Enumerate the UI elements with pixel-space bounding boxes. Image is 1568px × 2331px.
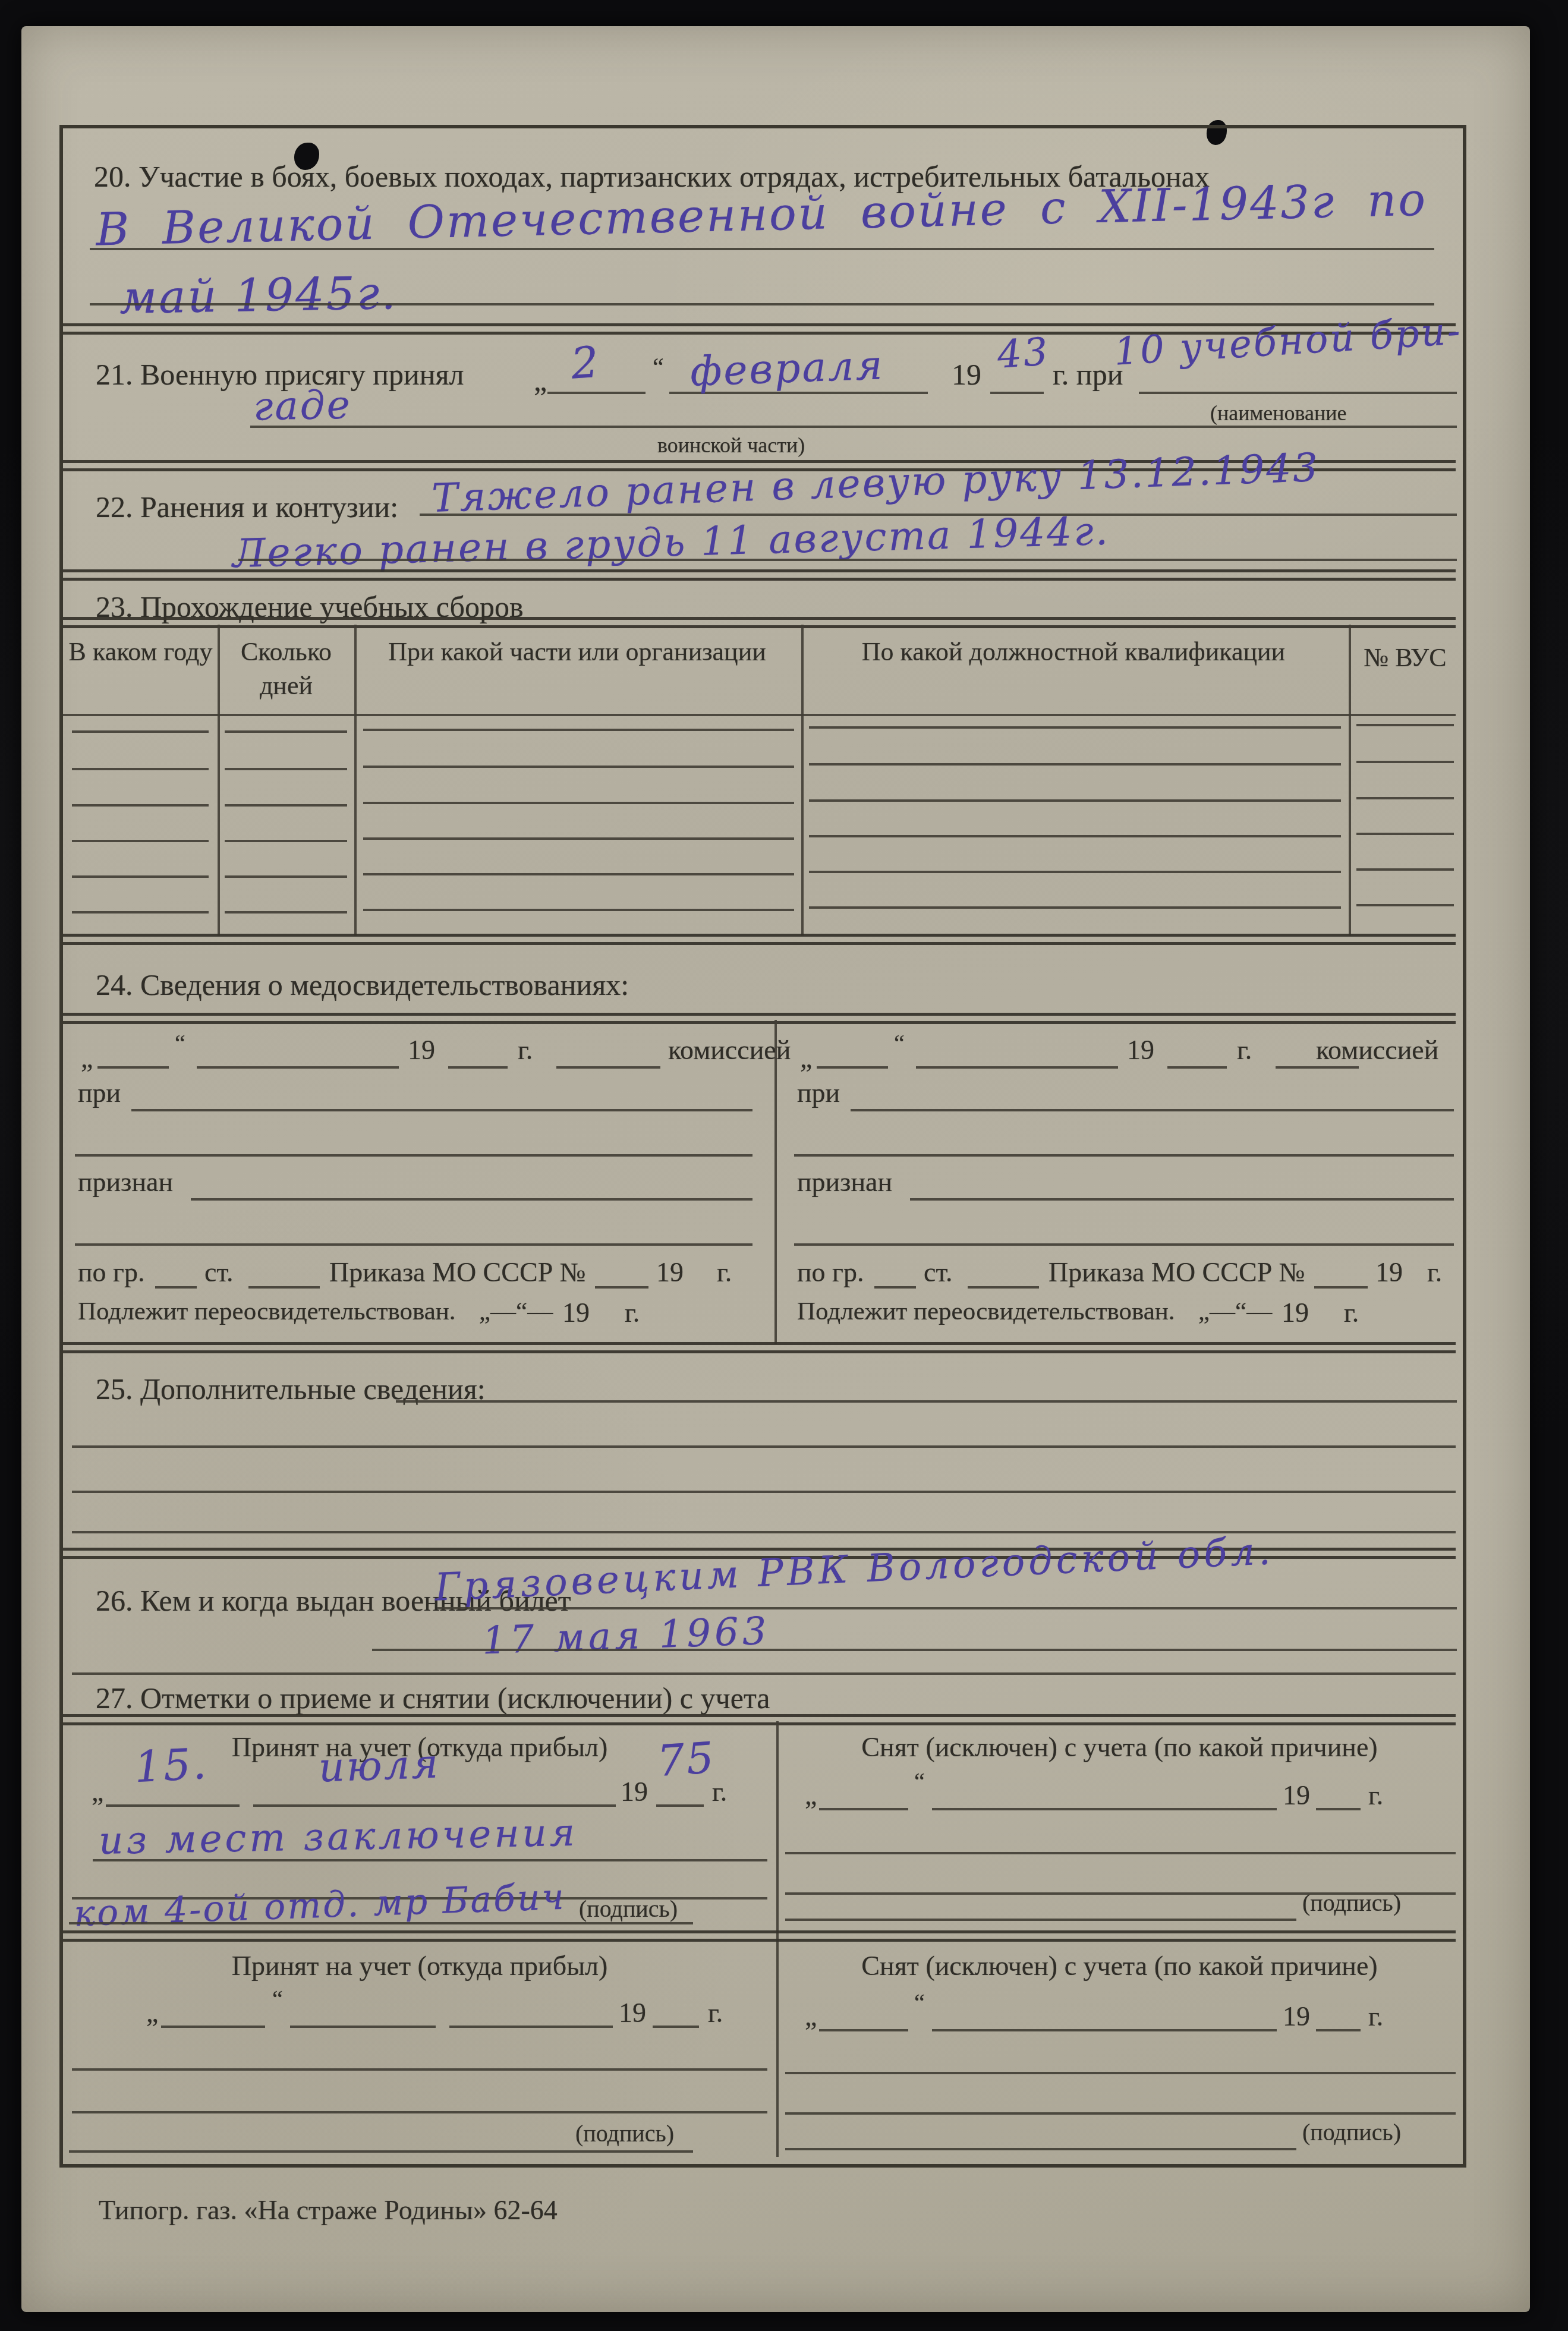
blank-line xyxy=(851,1109,1454,1111)
quote-mark: „ xyxy=(92,1776,103,1807)
blank-line xyxy=(191,1198,752,1201)
accept-day-entry: 15. xyxy=(133,1738,209,1792)
table-header-year: В каком году xyxy=(68,635,213,669)
grid-top-border xyxy=(63,1714,1456,1725)
ruled-line xyxy=(250,426,1457,428)
removed-header: Снят (исключен) с учета (по какой причин… xyxy=(782,1730,1457,1765)
st-blank xyxy=(248,1286,320,1289)
day-blank xyxy=(106,1804,240,1807)
month-blank xyxy=(916,1066,1118,1069)
blank-line xyxy=(910,1198,1454,1201)
ruled-line xyxy=(72,2111,767,2113)
blank-line xyxy=(75,1243,752,1246)
table-column-border xyxy=(801,625,804,935)
table-column-border xyxy=(1349,625,1351,935)
day-blank xyxy=(97,1066,169,1069)
form-frame: 20. Участие в боях, боевых походах, парт… xyxy=(59,125,1466,2168)
prikaz-label: Приказа МО СССР № xyxy=(1049,1256,1305,1288)
month-blank-1 xyxy=(290,2026,436,2028)
quote-mark: „ xyxy=(146,1997,158,2028)
year-blank xyxy=(1316,2029,1361,2031)
medbox-divider xyxy=(774,1020,777,1344)
g-label: г. xyxy=(1427,1256,1442,1288)
ruled-line xyxy=(72,1672,1456,1675)
podlezhit-label: Подлежит переосвидетельствован. xyxy=(78,1297,456,1326)
year-prefix: 19 xyxy=(621,1776,648,1807)
year-prefix: 19 xyxy=(1282,1297,1309,1328)
day-blank xyxy=(819,2029,908,2031)
month-blank xyxy=(197,1066,399,1069)
blank-line xyxy=(794,1154,1454,1157)
removed-header: Снят (исключен) с учета (по какой причин… xyxy=(782,1948,1457,1984)
blank-line xyxy=(131,1109,752,1111)
year-prefix: 19 xyxy=(408,1034,435,1066)
pri-label: при xyxy=(78,1077,121,1108)
medbox-bottom-border xyxy=(63,1342,1456,1353)
quote-dash: „—“— xyxy=(479,1297,553,1326)
printer-imprint: Типогр. газ. «На страже Родины» 62-64 xyxy=(99,2194,558,2226)
unit-blank xyxy=(1139,392,1457,394)
commission-blank xyxy=(556,1066,660,1069)
gr-blank xyxy=(155,1286,197,1289)
year-prefix: 19 xyxy=(1127,1034,1154,1066)
quote-mark: “ xyxy=(272,1985,283,2013)
g-label: г. xyxy=(717,1256,732,1288)
month-blank xyxy=(932,1808,1277,1810)
day-blank xyxy=(817,1066,888,1069)
ruled-line xyxy=(90,303,1434,305)
quote-mark: „ xyxy=(805,2001,817,2032)
st-label: ст. xyxy=(204,1256,234,1288)
order-blank xyxy=(1314,1286,1368,1289)
year-blank xyxy=(1167,1066,1227,1069)
table-column-border xyxy=(354,625,357,935)
st-label: ст. xyxy=(924,1256,953,1288)
table-header-bottom-border xyxy=(63,714,1456,716)
day-blank xyxy=(547,392,646,394)
section27-label: 27. Отметки о приеме и снятии (исключени… xyxy=(96,1681,770,1715)
section22-label: 22. Ранения и контузии: xyxy=(96,490,398,524)
section-divider xyxy=(63,569,1456,581)
quote-mark: “ xyxy=(175,1029,185,1057)
table-bottom-border xyxy=(63,934,1456,945)
quote-mark: „ xyxy=(800,1042,812,1074)
document-page: 20. Участие в боях, боевых походах, парт… xyxy=(21,26,1530,2312)
year-prefix: 19 xyxy=(1283,2001,1310,2032)
ruled-line xyxy=(72,1445,1456,1448)
issued-by-entry: Грязовецким РВК Вологодской обл. xyxy=(434,1529,1275,1610)
grid-row-divider xyxy=(63,1930,1456,1942)
ruled-line xyxy=(785,1852,1456,1854)
day-blank xyxy=(161,2026,265,2028)
blank-line xyxy=(794,1243,1454,1246)
g-label: г. xyxy=(708,1997,723,2028)
month-blank xyxy=(253,1804,616,1807)
oath-day-entry: 2 xyxy=(569,336,602,388)
section24-label: 24. Сведения о медосвидетельствованиях: xyxy=(96,968,629,1002)
year-blank xyxy=(1316,1808,1361,1810)
signature-caption: (подпись) xyxy=(575,2119,674,2147)
quote-mark: “ xyxy=(914,1768,925,1795)
table-top-border xyxy=(63,617,1456,628)
quote-mark: „ xyxy=(805,1779,817,1811)
ruled-line xyxy=(372,1649,1457,1651)
day-blank xyxy=(819,1808,908,1810)
oath-unit-entry: 10 учебной бри- xyxy=(1113,309,1463,374)
year-blank xyxy=(990,392,1044,394)
accepted-header: Принят на учет (откуда прибыл) xyxy=(69,1948,770,1984)
table-header-qualification: По какой должностной квалификации xyxy=(859,635,1287,669)
ruled-line xyxy=(785,2072,1456,2074)
ruled-line xyxy=(437,1607,1457,1609)
year-prefix: 19 xyxy=(1375,1256,1403,1288)
g-label: г. xyxy=(1368,2001,1383,2032)
ruled-line xyxy=(93,1859,767,1861)
table-column-border xyxy=(218,625,220,935)
po-gr-label: по гр. xyxy=(78,1256,144,1288)
blank-line xyxy=(75,1154,752,1157)
accept-month-entry: июля xyxy=(318,1740,441,1791)
gr-blank xyxy=(874,1286,916,1289)
podlezhit-label: Подлежит переосвидетельствован. xyxy=(797,1297,1175,1326)
g-label: г. xyxy=(625,1297,640,1328)
priznan-label: признан xyxy=(78,1166,173,1198)
g-label: г. xyxy=(1237,1034,1252,1066)
year-prefix: 19 xyxy=(1283,1779,1310,1811)
year-blank xyxy=(653,2026,699,2028)
g-label: г. xyxy=(518,1034,533,1066)
po-gr-label: по гр. xyxy=(797,1256,864,1288)
g-label: г. xyxy=(1344,1297,1359,1328)
ruled-line xyxy=(72,2068,767,2071)
oath-month-entry: февраля xyxy=(689,342,885,395)
month-blank-2 xyxy=(449,2026,613,2028)
ruled-line xyxy=(90,248,1434,250)
year-prefix: 19 xyxy=(656,1256,684,1288)
commission-label: комиссией xyxy=(1316,1034,1438,1066)
year-prefix: 19 xyxy=(952,357,981,392)
accept-year-entry: 75 xyxy=(656,1732,717,1787)
g-pri-label: г. при xyxy=(1053,357,1123,392)
medbox-top-border xyxy=(63,1013,1456,1024)
quote-mark: “ xyxy=(914,1989,925,2017)
table-header-days: Сколько дней xyxy=(222,635,350,703)
scan-background: 20. Участие в боях, боевых походах, парт… xyxy=(0,0,1568,2331)
year-blank xyxy=(656,1804,704,1807)
signature-line xyxy=(69,2150,693,2153)
commission-blank xyxy=(1276,1066,1359,1069)
signature-caption: (подпись) xyxy=(1302,1889,1401,1917)
month-blank xyxy=(932,2029,1277,2031)
accept-origin-entry: из мест заключения xyxy=(98,1811,578,1863)
ruled-line xyxy=(396,1400,1457,1403)
st-blank xyxy=(968,1286,1039,1289)
quote-mark: „ xyxy=(81,1042,93,1074)
table-header-unit: При какой части или организации xyxy=(384,635,770,669)
table-header-vus: № ВУС xyxy=(1352,641,1459,675)
wounds-entry-line1: Тяжело ранен в левую руку 13.12.1943 xyxy=(431,445,1320,521)
order-blank xyxy=(595,1286,648,1289)
year-blank xyxy=(448,1066,508,1069)
signature-caption: (подпись) xyxy=(579,1895,678,1923)
signature-line xyxy=(785,1919,1296,1921)
issue-date-entry: 17 мая 1963 xyxy=(481,1609,771,1664)
oath-year-entry: 43 xyxy=(996,330,1051,377)
signature-caption: (подпись) xyxy=(1302,2118,1401,2146)
g-label: г. xyxy=(1368,1779,1383,1811)
g-label: г. xyxy=(712,1776,727,1807)
quote-mark: “ xyxy=(653,353,664,382)
year-prefix: 19 xyxy=(619,1997,646,2028)
quote-mark: „ xyxy=(534,363,547,398)
year-prefix: 19 xyxy=(562,1297,590,1328)
quote-dash: „—“— xyxy=(1198,1297,1272,1326)
oath-unit-entry-2: гаде xyxy=(253,382,352,430)
commission-label: комиссией xyxy=(668,1034,791,1066)
pri-label: при xyxy=(797,1077,840,1108)
priznan-label: признан xyxy=(797,1166,892,1198)
prikaz-label: Приказа МО СССР № xyxy=(329,1256,586,1288)
caption-voinskoy-chasti: воинской части) xyxy=(657,433,805,458)
ruled-line xyxy=(238,559,1457,561)
ruled-line xyxy=(785,2112,1456,2115)
quote-mark: “ xyxy=(894,1029,905,1057)
caption-naimenovanie: (наименование xyxy=(1210,401,1347,426)
ruled-line xyxy=(72,1491,1456,1493)
section20-entry-line2: май 1945г. xyxy=(119,266,398,324)
accept-signature-entry: ком 4-ой отд. мр Бабич xyxy=(73,1876,566,1935)
signature-line xyxy=(785,2148,1296,2150)
